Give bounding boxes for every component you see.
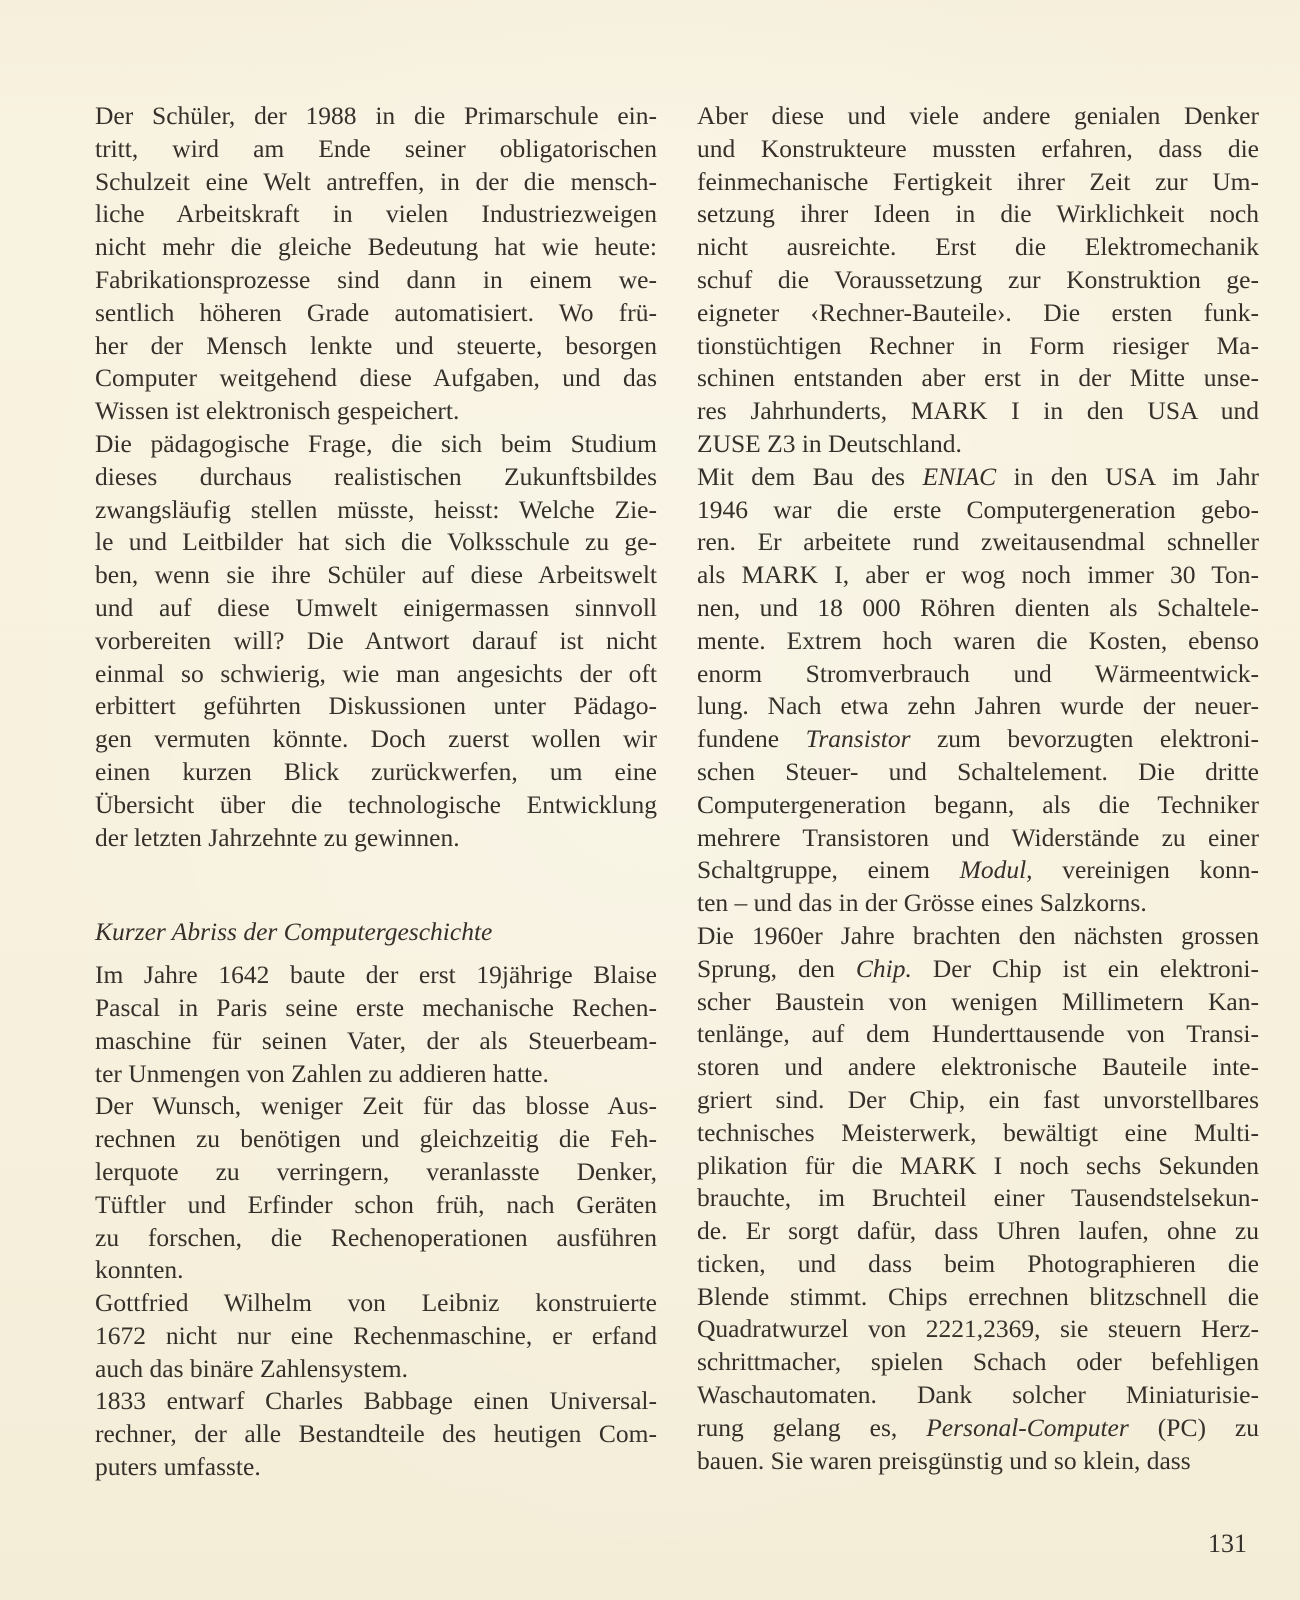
text-line: bauen. Sie waren preisgünstig und so kle… xyxy=(697,1445,1259,1478)
text-line: Schaltgruppe, einem Modul, vereinigen ko… xyxy=(697,854,1259,887)
text-line: ten – und das in der Grösse eines Salzko… xyxy=(697,887,1259,920)
text-line: Im Jahre 1642 baute der erst 19jährige B… xyxy=(95,959,657,992)
text-line: feinmechanische Fertigkeit ihrer Zeit zu… xyxy=(697,166,1259,199)
text-line: mente. Extrem hoch waren die Kosten, ebe… xyxy=(697,625,1259,658)
text-line: puters umfasste. xyxy=(95,1451,657,1484)
text-line: Der Schüler, der 1988 in die Primarschul… xyxy=(95,100,657,133)
right-column: Aber diese und viele andere genialen Den… xyxy=(697,100,1259,1477)
text-line: ZUSE Z3 in Deutschland. xyxy=(697,428,1259,461)
text-line: de. Er sorgt dafür, dass Uhren laufen, o… xyxy=(697,1215,1259,1248)
text-line: nen, und 18 000 Röhren dienten als Schal… xyxy=(697,592,1259,625)
text-line: schen Steuer- und Schaltelement. Die dri… xyxy=(697,756,1259,789)
text-line: zwangsläufig stellen müsste, heisst: Wel… xyxy=(95,494,657,527)
left-column: Der Schüler, der 1988 in die Primarschul… xyxy=(95,100,657,1484)
text-line: gen vermuten könnte. Doch zuerst wollen … xyxy=(95,723,657,756)
text-line: rechnen zu benötigen und gleichzeitig di… xyxy=(95,1123,657,1156)
text-line: nicht mehr die gleiche Bedeutung hat wie… xyxy=(95,231,657,264)
text-line: liche Arbeitskraft in vielen Industriezw… xyxy=(95,198,657,231)
section-heading-computergeschichte: Kurzer Abriss der Computergeschichte xyxy=(95,916,657,949)
text-line: und Konstrukteure mussten erfahren, dass… xyxy=(697,133,1259,166)
text-line: Pascal in Paris seine erste mechanische … xyxy=(95,992,657,1025)
text-line: enorm Stromverbrauch und Wärmeentwick- xyxy=(697,658,1259,691)
text-line: Gottfried Wilhelm von Leibniz konstruier… xyxy=(95,1287,657,1320)
text-line: nicht ausreichte. Erst die Elektromechan… xyxy=(697,231,1259,264)
text-line: auch das binäre Zahlensystem. xyxy=(95,1353,657,1386)
text-line: Aber diese und viele andere genialen Den… xyxy=(697,100,1259,133)
text-line: rung gelang es, Personal-Computer (PC) z… xyxy=(697,1412,1259,1445)
text-line: als MARK I, aber er wog noch immer 30 To… xyxy=(697,559,1259,592)
text-line: scher Baustein von wenigen Millimetern K… xyxy=(697,986,1259,1019)
text-line: eigneter ‹Rechner-Bauteile›. Die ersten … xyxy=(697,297,1259,330)
text-line: vorbereiten will? Die Antwort darauf ist… xyxy=(95,625,657,658)
text-line: mehrere Transistoren und Widerstände zu … xyxy=(697,822,1259,855)
text-line: Quadratwurzel von 2221,2369, sie steuern… xyxy=(697,1313,1259,1346)
text-line: res Jahrhunderts, MARK I in den USA und xyxy=(697,395,1259,428)
text-line: ter Unmengen von Zahlen zu addieren hatt… xyxy=(95,1058,657,1091)
text-line: le und Leitbilder hat sich die Volksschu… xyxy=(95,526,657,559)
text-line: fundene Transistor zum bevorzugten elekt… xyxy=(697,723,1259,756)
text-line: der letzten Jahrzehnte zu gewinnen. xyxy=(95,822,657,855)
text-line: 1946 war die erste Computergeneration ge… xyxy=(697,494,1259,527)
text-line: tritt, wird am Ende seiner obligatorisch… xyxy=(95,133,657,166)
text-line: her der Mensch lenkte und steuerte, beso… xyxy=(95,330,657,363)
text-line: Sprung, den Chip. Der Chip ist ein elekt… xyxy=(697,953,1259,986)
text-line: erbittert geführten Diskussionen unter P… xyxy=(95,690,657,723)
text-line: Übersicht über die technologische Entwic… xyxy=(95,789,657,822)
text-line: tenlänge, auf dem Hunderttausende von Tr… xyxy=(697,1018,1259,1051)
text-line: dieses durchaus realistischen Zukunftsbi… xyxy=(95,461,657,494)
paragraph-babbage: 1833 entwarf Charles Babbage einen Unive… xyxy=(95,1385,657,1483)
text-line: rechner, der alle Bestandteile des heuti… xyxy=(95,1418,657,1451)
text-line: zu forschen, die Rechenoperationen ausfü… xyxy=(95,1222,657,1255)
text-line: brauchte, im Bruchteil einer Tausendstel… xyxy=(697,1182,1259,1215)
paragraph-leibniz: Gottfried Wilhelm von Leibniz konstruier… xyxy=(95,1287,657,1385)
text-line: tionstüchtigen Rechner in Form riesiger … xyxy=(697,330,1259,363)
text-line: Computergeneration begann, als die Techn… xyxy=(697,789,1259,822)
text-line: lerquote zu verringern, veranlasste Denk… xyxy=(95,1156,657,1189)
text-line: plikation für die MARK I noch sechs Seku… xyxy=(697,1150,1259,1183)
text-line: Die pädagogische Frage, die sich beim St… xyxy=(95,428,657,461)
text-line: griert sind. Der Chip, ein fast unvorste… xyxy=(697,1084,1259,1117)
text-line: schuf die Voraussetzung zur Konstruktion… xyxy=(697,264,1259,297)
text-line: 1672 nicht nur eine Rechenmaschine, er e… xyxy=(95,1320,657,1353)
text-line: schrittmacher, spielen Schach oder befeh… xyxy=(697,1346,1259,1379)
text-line: ren. Er arbeitete rund zweitausendmal sc… xyxy=(697,526,1259,559)
text-line: Der Wunsch, weniger Zeit für das blosse … xyxy=(95,1090,657,1123)
paragraph-denker-konstrukteure: Aber diese und viele andere genialen Den… xyxy=(697,100,1259,461)
page-number: 131 xyxy=(1208,1528,1247,1560)
text-line: Wissen ist elektronisch gespeichert. xyxy=(95,395,657,428)
text-line: Schulzeit eine Welt antreffen, in der di… xyxy=(95,166,657,199)
text-line: ticken, und dass beim Photographieren di… xyxy=(697,1248,1259,1281)
text-line: 1833 entwarf Charles Babbage einen Unive… xyxy=(95,1385,657,1418)
text-line: maschine für seinen Vater, der als Steue… xyxy=(95,1025,657,1058)
paragraph-eniac: Mit dem Bau des ENIAC in den USA im Jahr… xyxy=(697,461,1259,920)
text-line: Mit dem Bau des ENIAC in den USA im Jahr xyxy=(697,461,1259,494)
book-page: Der Schüler, der 1988 in die Primarschul… xyxy=(0,0,1300,1600)
paragraph-chip: Die 1960er Jahre brachten den nächsten g… xyxy=(697,920,1259,1478)
text-line: Blende stimmt. Chips errechnen blitzschn… xyxy=(697,1281,1259,1314)
paragraph-paedagogische-frage: Die pädagogische Frage, die sich beim St… xyxy=(95,428,657,854)
text-line: sentlich höheren Grade automatisiert. Wo… xyxy=(95,297,657,330)
text-line: storen und andere elektronische Bauteile… xyxy=(697,1051,1259,1084)
text-line: konnten. xyxy=(95,1254,657,1287)
paragraph-pascal: Im Jahre 1642 baute der erst 19jährige B… xyxy=(95,959,657,1090)
text-line: setzung ihrer Ideen in die Wirklichkeit … xyxy=(697,198,1259,231)
paragraph-wunsch: Der Wunsch, weniger Zeit für das blosse … xyxy=(95,1090,657,1287)
text-line: ben, wenn sie ihre Schüler auf diese Arb… xyxy=(95,559,657,592)
text-line: Computer weitgehend diese Aufgaben, und … xyxy=(95,362,657,395)
text-line: einmal so schwierig, wie man angesichts … xyxy=(95,658,657,691)
text-line: Fabrikationsprozesse sind dann in einem … xyxy=(95,264,657,297)
text-line: lung. Nach etwa zehn Jahren wurde der ne… xyxy=(697,690,1259,723)
paragraph-schueler-1988: Der Schüler, der 1988 in die Primarschul… xyxy=(95,100,657,428)
text-line: und auf diese Umwelt einigermassen sinnv… xyxy=(95,592,657,625)
text-line: Waschautomaten. Dank solcher Miniaturisi… xyxy=(697,1379,1259,1412)
text-line: Tüftler und Erfinder schon früh, nach Ge… xyxy=(95,1189,657,1222)
text-line: einen kurzen Blick zurückwerfen, um eine xyxy=(95,756,657,789)
text-line: Die 1960er Jahre brachten den nächsten g… xyxy=(697,920,1259,953)
text-line: technisches Meisterwerk, bewältigt eine … xyxy=(697,1117,1259,1150)
text-line: schinen entstanden aber erst in der Mitt… xyxy=(697,362,1259,395)
